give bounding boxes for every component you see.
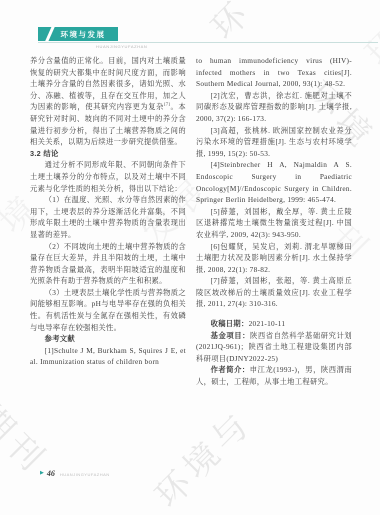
journal-page: 环 环 环境 境 发展 期刊 环境与 刊 环境与发展 HUANJINGYUFAZ… [0, 0, 380, 515]
watermark-text: 环 [352, 12, 380, 75]
page-footer: ▶ 46 HUANJINGYUFAZHAN [40, 469, 110, 478]
paragraph-text: 养分含量值的正常化。目前，国内对土壤质量恢复的研究大都集中在时间尺度方面，而影响… [30, 56, 186, 111]
journal-title: 环境与发展 [51, 29, 106, 40]
author-bio: 作者简介：申江龙(1993-)，男，陕西渭南人，硕士，工程师，从事土地工程研究。 [196, 364, 352, 387]
article-body: 养分含量值的正常化。目前，国内对土壤质量恢复的研究大都集中在时间尺度方面，而影响… [30, 55, 352, 388]
section-heading-conclusion: 3.2 结论 [30, 148, 186, 160]
received-date: 收稿日期：2021-10-11 [196, 318, 352, 330]
fund-project-label: 基金项目： [211, 331, 250, 340]
paragraph-point-2: （2）不同坡向土埂的土壤中营养物质的含量存在巨大差异，并且半阳坡的土埂，土壤中营… [30, 241, 186, 287]
reference-4: [4]Steinbrecher H A, Najmaldin A S. Endo… [196, 159, 352, 205]
fund-project: 基金项目：陕西省自然科学基础研究计划(2021JQ-961)；陕西省土地工程建设… [196, 330, 352, 365]
page-number: 46 [47, 469, 55, 478]
author-bio-label: 作者简介： [211, 365, 250, 374]
received-date-value: 2021-10-11 [249, 319, 286, 328]
reference-5: [5]薛萐，刘国彬，戴全厚，等. 黄土丘陵区退耕撂荒地土壤微生物量演变过程[J]… [196, 206, 352, 241]
footer-arrow-icon: ▶ [40, 471, 44, 476]
watermark-text: 环境与 [142, 397, 262, 515]
received-date-label: 收稿日期： [211, 319, 249, 328]
reference-6: [6]包耀贤，吴发启，刘莉. 渭北旱塬梯田土壤肥力状况及影响因素分析[J]. 水… [196, 241, 352, 276]
reference-3: [3]高超，张桃林. 欧洲国家控制农业养分污染水环境的管理措施[J]. 生态与农… [196, 125, 352, 160]
paragraph-point-1: （1）在温度、光照、水分等自然因素的作用下，土埂表层的养分逐渐活化并富集，不同形… [30, 194, 186, 240]
references-heading: 参考文献 [30, 333, 186, 345]
paragraph-conclusion-intro: 通过分析不同形成年限、不同朝向条件下土埂土壤养分的分布特点，以及对土壤中不同元素… [30, 159, 186, 194]
journal-pinyin: HUANJINGYUFAZHAN [96, 44, 147, 49]
journal-banner: 环境与发展 [38, 27, 118, 41]
reference-1-start: [1]Schulte J M, Burkham S, Squires J E, … [30, 345, 186, 368]
paragraph-point-3: （3）土埂表层土壤化学性质与营养物质之间能够相互影响。pH与电导率存在强的负相关… [30, 287, 186, 333]
reference-7: [7]薛萐，刘国彬，张超，等. 黄土高原丘陵区坡改梯后的土壤质量效应[J]. 农… [196, 275, 352, 310]
footer-journal-pinyin: HUANJINGYUFAZHAN [60, 472, 110, 477]
paragraph-intro: 养分含量值的正常化。目前，国内对土壤质量恢复的研究大都集中在时间尺度方面，而影响… [30, 55, 186, 148]
article-meta: 收稿日期：2021-10-11 基金项目：陕西省自然科学基础研究计划(2021J… [196, 318, 352, 388]
left-column: 养分含量值的正常化。目前，国内对土壤质量恢复的研究大都集中在时间尺度方面，而影响… [30, 55, 186, 388]
right-column: to human immunodeficiency virus (HIV)-in… [196, 55, 352, 388]
reference-2: [2]沈宏，曹志洪，徐志红. 施肥对土壤不同碳形态及碳库管理指数的影响[J]. … [196, 90, 352, 125]
header-rule [38, 42, 378, 43]
reference-1-continued: to human immunodeficiency virus (HIV)-in… [196, 55, 352, 90]
